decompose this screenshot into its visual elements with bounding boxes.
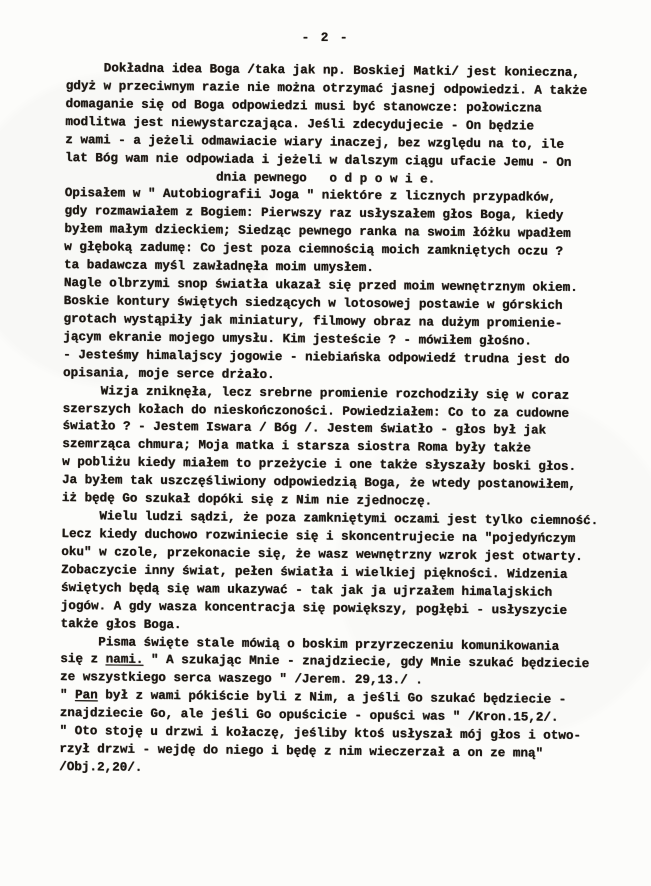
- underlined-word: Pan: [75, 688, 98, 702]
- typewritten-text-block: Dokładna idea Boga /taka jak np. Boskiej…: [59, 60, 611, 782]
- scanned-document-page: - 2 - Dokładna idea Boga /taka jak np. B…: [0, 0, 651, 886]
- page-number: - 2 -: [0, 31, 651, 45]
- underlined-word: nami.: [106, 653, 144, 667]
